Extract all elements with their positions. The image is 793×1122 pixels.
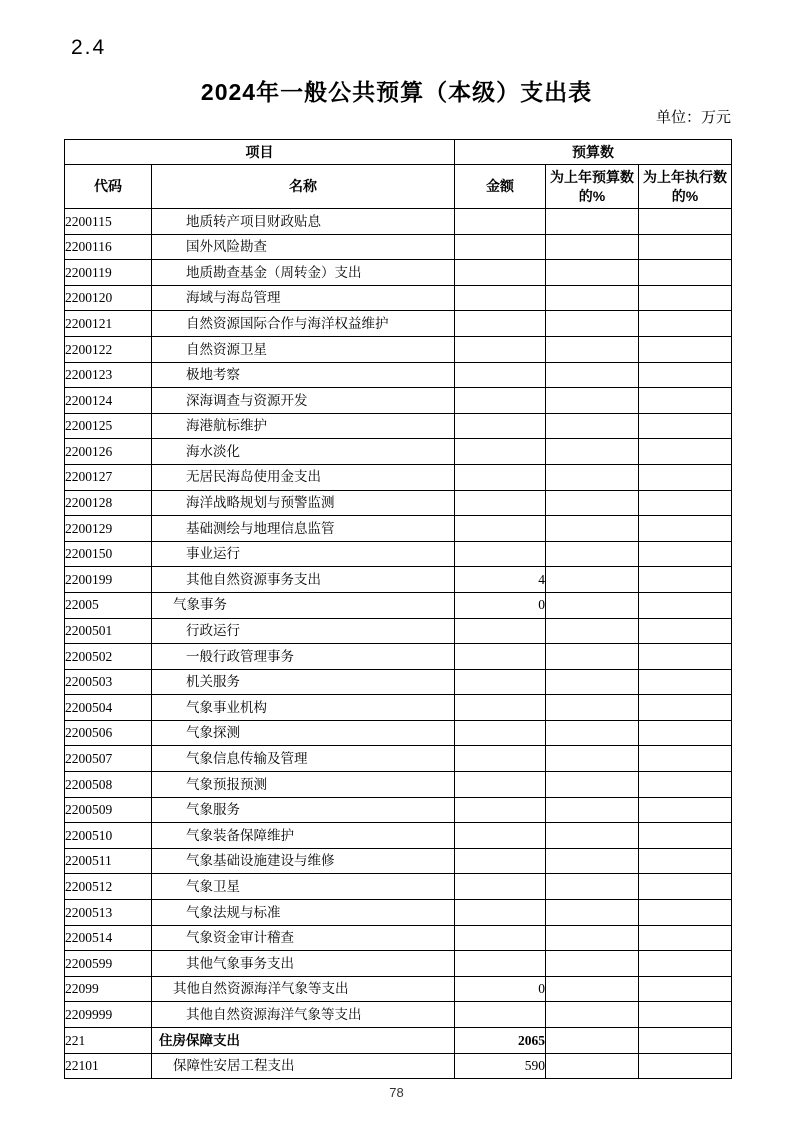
pct-budget-cell bbox=[546, 951, 639, 977]
amount-cell bbox=[455, 925, 546, 951]
table-row: 2200116国外风险勘查 bbox=[65, 234, 732, 260]
table-row: 2200501行政运行 bbox=[65, 618, 732, 644]
amount-cell bbox=[455, 848, 546, 874]
name-cell: 海域与海岛管理 bbox=[152, 285, 455, 311]
name-cell: 自然资源国际合作与海洋权益维护 bbox=[152, 311, 455, 337]
code-cell: 2200507 bbox=[65, 746, 152, 772]
pct-budget-cell bbox=[546, 388, 639, 414]
table-row: 221住房保障支出2065 bbox=[65, 1028, 732, 1054]
table-row: 2200128海洋战略规划与预警监测 bbox=[65, 490, 732, 516]
code-cell: 2200119 bbox=[65, 260, 152, 286]
code-cell: 2200513 bbox=[65, 900, 152, 926]
table-row: 2200150事业运行 bbox=[65, 541, 732, 567]
table-row: 2200514气象资金审计稽查 bbox=[65, 925, 732, 951]
pct-budget-cell bbox=[546, 900, 639, 926]
page-title: 2024年一般公共预算（本级）支出表 bbox=[0, 74, 793, 107]
table-row: 2200513气象法规与标准 bbox=[65, 900, 732, 926]
pct-budget-cell bbox=[546, 439, 639, 465]
pct-actual-cell bbox=[639, 209, 732, 235]
name-cell: 基础测绘与地理信息监管 bbox=[152, 516, 455, 542]
pct-budget-cell bbox=[546, 695, 639, 721]
pct-budget-cell bbox=[546, 234, 639, 260]
amount-cell bbox=[455, 311, 546, 337]
pct-actual-cell bbox=[639, 695, 732, 721]
name-cell: 保障性安居工程支出 bbox=[152, 1053, 455, 1079]
table-row: 2200599其他气象事务支出 bbox=[65, 951, 732, 977]
pct-budget-cell bbox=[546, 976, 639, 1002]
pct-budget-cell bbox=[546, 567, 639, 593]
name-cell: 地质勘查基金（周转金）支出 bbox=[152, 260, 455, 286]
code-cell: 2200150 bbox=[65, 541, 152, 567]
code-cell: 2200509 bbox=[65, 797, 152, 823]
name-cell: 地质转产项目财政贴息 bbox=[152, 209, 455, 235]
name-cell: 海水淡化 bbox=[152, 439, 455, 465]
pct-budget-cell bbox=[546, 720, 639, 746]
table-row: 22099其他自然资源海洋气象等支出0 bbox=[65, 976, 732, 1002]
amount-cell: 4 bbox=[455, 567, 546, 593]
pct-actual-cell bbox=[639, 362, 732, 388]
code-cell: 2200128 bbox=[65, 490, 152, 516]
name-cell: 其他自然资源海洋气象等支出 bbox=[152, 1002, 455, 1028]
code-cell: 2200129 bbox=[65, 516, 152, 542]
amount-cell: 2065 bbox=[455, 1028, 546, 1054]
pct-actual-cell bbox=[639, 848, 732, 874]
pct-actual-cell bbox=[639, 823, 732, 849]
page-number: 78 bbox=[0, 1085, 793, 1100]
pct-budget-cell bbox=[546, 848, 639, 874]
header-pct-prev-actual: 为上年执行数的% bbox=[639, 165, 732, 209]
pct-budget-cell bbox=[546, 925, 639, 951]
name-cell: 行政运行 bbox=[152, 618, 455, 644]
code-cell: 2200501 bbox=[65, 618, 152, 644]
pct-budget-cell bbox=[546, 285, 639, 311]
code-cell: 2200122 bbox=[65, 336, 152, 362]
pct-budget-cell bbox=[546, 644, 639, 670]
name-cell: 气象事务 bbox=[152, 592, 455, 618]
amount-cell bbox=[455, 490, 546, 516]
name-cell: 自然资源卫星 bbox=[152, 336, 455, 362]
name-cell: 其他自然资源海洋气象等支出 bbox=[152, 976, 455, 1002]
pct-actual-cell bbox=[639, 388, 732, 414]
code-cell: 2200502 bbox=[65, 644, 152, 670]
amount-cell: 590 bbox=[455, 1053, 546, 1079]
amount-cell bbox=[455, 669, 546, 695]
code-cell: 2200124 bbox=[65, 388, 152, 414]
header-amount: 金额 bbox=[455, 165, 546, 209]
pct-actual-cell bbox=[639, 336, 732, 362]
amount-cell bbox=[455, 516, 546, 542]
amount-cell bbox=[455, 695, 546, 721]
table-row: 2200126海水淡化 bbox=[65, 439, 732, 465]
code-cell: 2200116 bbox=[65, 234, 152, 260]
code-cell: 2200508 bbox=[65, 772, 152, 798]
table-row: 2200122自然资源卫星 bbox=[65, 336, 732, 362]
pct-actual-cell bbox=[639, 260, 732, 286]
pct-actual-cell bbox=[639, 951, 732, 977]
code-cell: 2200599 bbox=[65, 951, 152, 977]
table-row: 2200123极地考察 bbox=[65, 362, 732, 388]
table-row: 2200120海域与海岛管理 bbox=[65, 285, 732, 311]
amount-cell bbox=[455, 413, 546, 439]
header-budget-group: 预算数 bbox=[455, 140, 732, 165]
pct-budget-cell bbox=[546, 362, 639, 388]
name-cell: 气象信息传输及管理 bbox=[152, 746, 455, 772]
pct-actual-cell bbox=[639, 1053, 732, 1079]
pct-budget-cell bbox=[546, 823, 639, 849]
pct-budget-cell bbox=[546, 669, 639, 695]
code-cell: 2200115 bbox=[65, 209, 152, 235]
table-row: 2200502一般行政管理事务 bbox=[65, 644, 732, 670]
code-cell: 22101 bbox=[65, 1053, 152, 1079]
code-cell: 22099 bbox=[65, 976, 152, 1002]
pct-actual-cell bbox=[639, 490, 732, 516]
name-cell: 气象事业机构 bbox=[152, 695, 455, 721]
name-cell: 其他气象事务支出 bbox=[152, 951, 455, 977]
table-row: 2200506气象探测 bbox=[65, 720, 732, 746]
amount-cell bbox=[455, 209, 546, 235]
pct-actual-cell bbox=[639, 772, 732, 798]
code-cell: 2200127 bbox=[65, 464, 152, 490]
code-cell: 2200514 bbox=[65, 925, 152, 951]
pct-budget-cell bbox=[546, 618, 639, 644]
pct-actual-cell bbox=[639, 234, 732, 260]
expense-table: 项目 预算数 代码 名称 金额 为上年预算数的% 为上年执行数的% 220011… bbox=[64, 139, 732, 1079]
pct-actual-cell bbox=[639, 900, 732, 926]
pct-actual-cell bbox=[639, 516, 732, 542]
code-cell: 2200125 bbox=[65, 413, 152, 439]
pct-budget-cell bbox=[546, 746, 639, 772]
table-row: 2200125海港航标维护 bbox=[65, 413, 732, 439]
amount-cell bbox=[455, 772, 546, 798]
table-row: 2200121自然资源国际合作与海洋权益维护 bbox=[65, 311, 732, 337]
amount-cell bbox=[455, 720, 546, 746]
table-row: 2200124深海调查与资源开发 bbox=[65, 388, 732, 414]
table-row: 2200199其他自然资源事务支出4 bbox=[65, 567, 732, 593]
amount-cell bbox=[455, 362, 546, 388]
code-cell: 2200512 bbox=[65, 874, 152, 900]
pct-actual-cell bbox=[639, 746, 732, 772]
pct-actual-cell bbox=[639, 285, 732, 311]
amount-cell bbox=[455, 336, 546, 362]
name-cell: 气象服务 bbox=[152, 797, 455, 823]
pct-actual-cell bbox=[639, 541, 732, 567]
amount-cell bbox=[455, 874, 546, 900]
name-cell: 气象卫星 bbox=[152, 874, 455, 900]
pct-actual-cell bbox=[639, 797, 732, 823]
code-cell: 2200120 bbox=[65, 285, 152, 311]
name-cell: 其他自然资源事务支出 bbox=[152, 567, 455, 593]
header-pct-prev-budget: 为上年预算数的% bbox=[546, 165, 639, 209]
code-cell: 2200504 bbox=[65, 695, 152, 721]
pct-actual-cell bbox=[639, 439, 732, 465]
table-row: 2200510气象装备保障维护 bbox=[65, 823, 732, 849]
code-cell: 2209999 bbox=[65, 1002, 152, 1028]
amount-cell bbox=[455, 439, 546, 465]
pct-budget-cell bbox=[546, 1053, 639, 1079]
pct-budget-cell bbox=[546, 541, 639, 567]
pct-actual-cell bbox=[639, 1028, 732, 1054]
name-cell: 气象资金审计稽查 bbox=[152, 925, 455, 951]
pct-actual-cell bbox=[639, 464, 732, 490]
section-number: 2.4 bbox=[71, 36, 106, 60]
pct-actual-cell bbox=[639, 644, 732, 670]
code-cell: 2200199 bbox=[65, 567, 152, 593]
code-cell: 22005 bbox=[65, 592, 152, 618]
name-cell: 深海调查与资源开发 bbox=[152, 388, 455, 414]
table-row: 2200504气象事业机构 bbox=[65, 695, 732, 721]
name-cell: 住房保障支出 bbox=[152, 1028, 455, 1054]
name-cell: 海洋战略规划与预警监测 bbox=[152, 490, 455, 516]
unit-label: 单位：万元 bbox=[0, 106, 731, 127]
amount-cell bbox=[455, 285, 546, 311]
name-cell: 气象基础设施建设与维修 bbox=[152, 848, 455, 874]
pct-actual-cell bbox=[639, 618, 732, 644]
code-cell: 221 bbox=[65, 1028, 152, 1054]
name-cell: 一般行政管理事务 bbox=[152, 644, 455, 670]
amount-cell bbox=[455, 797, 546, 823]
code-cell: 2200123 bbox=[65, 362, 152, 388]
header-row-columns: 代码 名称 金额 为上年预算数的% 为上年执行数的% bbox=[65, 165, 732, 209]
table-row: 2200115地质转产项目财政贴息 bbox=[65, 209, 732, 235]
header-name: 名称 bbox=[152, 165, 455, 209]
pct-actual-cell bbox=[639, 925, 732, 951]
pct-budget-cell bbox=[546, 516, 639, 542]
pct-actual-cell bbox=[639, 592, 732, 618]
pct-budget-cell bbox=[546, 592, 639, 618]
amount-cell bbox=[455, 260, 546, 286]
pct-actual-cell bbox=[639, 976, 732, 1002]
amount-cell bbox=[455, 464, 546, 490]
code-cell: 2200510 bbox=[65, 823, 152, 849]
amount-cell bbox=[455, 823, 546, 849]
name-cell: 气象探测 bbox=[152, 720, 455, 746]
pct-budget-cell bbox=[546, 336, 639, 362]
table-row: 2200127无居民海岛使用金支出 bbox=[65, 464, 732, 490]
table-row: 2200129基础测绘与地理信息监管 bbox=[65, 516, 732, 542]
code-cell: 2200121 bbox=[65, 311, 152, 337]
header-project: 项目 bbox=[65, 140, 455, 165]
code-cell: 2200126 bbox=[65, 439, 152, 465]
table-row: 2200119地质勘查基金（周转金）支出 bbox=[65, 260, 732, 286]
pct-budget-cell bbox=[546, 874, 639, 900]
pct-budget-cell bbox=[546, 772, 639, 798]
pct-actual-cell bbox=[639, 669, 732, 695]
amount-cell bbox=[455, 951, 546, 977]
name-cell: 气象法规与标准 bbox=[152, 900, 455, 926]
name-cell: 气象预报预测 bbox=[152, 772, 455, 798]
amount-cell bbox=[455, 900, 546, 926]
code-cell: 2200503 bbox=[65, 669, 152, 695]
table-row: 2200508气象预报预测 bbox=[65, 772, 732, 798]
amount-cell: 0 bbox=[455, 592, 546, 618]
amount-cell bbox=[455, 541, 546, 567]
amount-cell bbox=[455, 644, 546, 670]
pct-budget-cell bbox=[546, 311, 639, 337]
name-cell: 机关服务 bbox=[152, 669, 455, 695]
code-cell: 2200511 bbox=[65, 848, 152, 874]
name-cell: 气象装备保障维护 bbox=[152, 823, 455, 849]
amount-cell bbox=[455, 388, 546, 414]
pct-actual-cell bbox=[639, 567, 732, 593]
pct-budget-cell bbox=[546, 1028, 639, 1054]
amount-cell: 0 bbox=[455, 976, 546, 1002]
pct-actual-cell bbox=[639, 1002, 732, 1028]
amount-cell bbox=[455, 234, 546, 260]
name-cell: 海港航标维护 bbox=[152, 413, 455, 439]
table-row: 2200507气象信息传输及管理 bbox=[65, 746, 732, 772]
name-cell: 国外风险勘查 bbox=[152, 234, 455, 260]
expense-table-header: 项目 预算数 代码 名称 金额 为上年预算数的% 为上年执行数的% bbox=[65, 140, 732, 209]
pct-budget-cell bbox=[546, 260, 639, 286]
name-cell: 极地考察 bbox=[152, 362, 455, 388]
pct-budget-cell bbox=[546, 464, 639, 490]
table-row: 2200512气象卫星 bbox=[65, 874, 732, 900]
pct-actual-cell bbox=[639, 413, 732, 439]
pct-actual-cell bbox=[639, 720, 732, 746]
code-cell: 2200506 bbox=[65, 720, 152, 746]
pct-budget-cell bbox=[546, 413, 639, 439]
name-cell: 无居民海岛使用金支出 bbox=[152, 464, 455, 490]
name-cell: 事业运行 bbox=[152, 541, 455, 567]
table-row: 2200509气象服务 bbox=[65, 797, 732, 823]
table-row: 22005气象事务0 bbox=[65, 592, 732, 618]
header-code: 代码 bbox=[65, 165, 152, 209]
document-page: 2.4 2024年一般公共预算（本级）支出表 单位：万元 项目 预算数 代码 名… bbox=[0, 0, 793, 1122]
pct-actual-cell bbox=[639, 874, 732, 900]
pct-budget-cell bbox=[546, 1002, 639, 1028]
expense-table-body: 2200115地质转产项目财政贴息2200116国外风险勘查2200119地质勘… bbox=[65, 209, 732, 1079]
header-row-groups: 项目 预算数 bbox=[65, 140, 732, 165]
pct-budget-cell bbox=[546, 797, 639, 823]
table-row: 2200503机关服务 bbox=[65, 669, 732, 695]
pct-actual-cell bbox=[639, 311, 732, 337]
pct-budget-cell bbox=[546, 209, 639, 235]
table-row: 22101保障性安居工程支出590 bbox=[65, 1053, 732, 1079]
amount-cell bbox=[455, 746, 546, 772]
pct-budget-cell bbox=[546, 490, 639, 516]
table-row: 2200511气象基础设施建设与维修 bbox=[65, 848, 732, 874]
amount-cell bbox=[455, 618, 546, 644]
amount-cell bbox=[455, 1002, 546, 1028]
table-row: 2209999其他自然资源海洋气象等支出 bbox=[65, 1002, 732, 1028]
